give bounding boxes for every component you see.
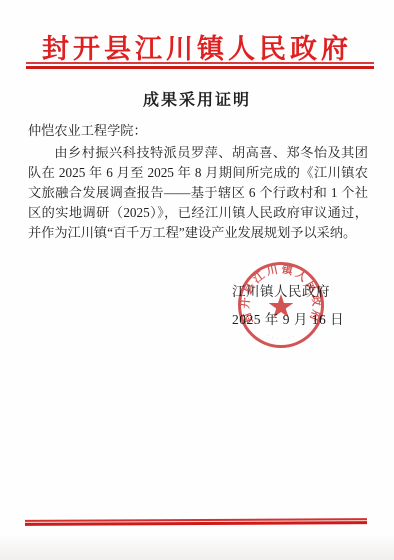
signature-issuer: 江川镇人民政府	[232, 280, 344, 300]
divider-thin-line	[26, 62, 374, 64]
letter-body: 仲恺农业工程学院： 由乡村振兴科技特派员罗萍、胡高喜、郑冬怡及其团队在 2025…	[28, 121, 368, 243]
body-paragraph: 由乡村振兴科技特派员罗萍、胡高喜、郑冬怡及其团队在 2025 年 6 月至 20…	[28, 143, 368, 243]
signature-block: 江川镇人民政府 2025 年 9 月 16 日	[232, 280, 344, 328]
divider-thick-line	[26, 66, 374, 69]
salutation: 仲恺农业工程学院：	[28, 121, 368, 141]
document-page: 封开县江川镇人民政府 成果采用证明 仲恺农业工程学院： 由乡村振兴科技特派员罗萍…	[0, 0, 394, 560]
letterhead-divider	[26, 62, 374, 69]
scan-shadow	[0, 534, 394, 560]
signature-date: 2025 年 9 月 16 日	[232, 308, 344, 328]
document-title: 成果采用证明	[0, 87, 394, 110]
letterhead-title: 封开县江川镇人民政府	[0, 27, 394, 66]
footer-thick-line	[25, 521, 367, 525]
footer-divider	[25, 518, 367, 526]
